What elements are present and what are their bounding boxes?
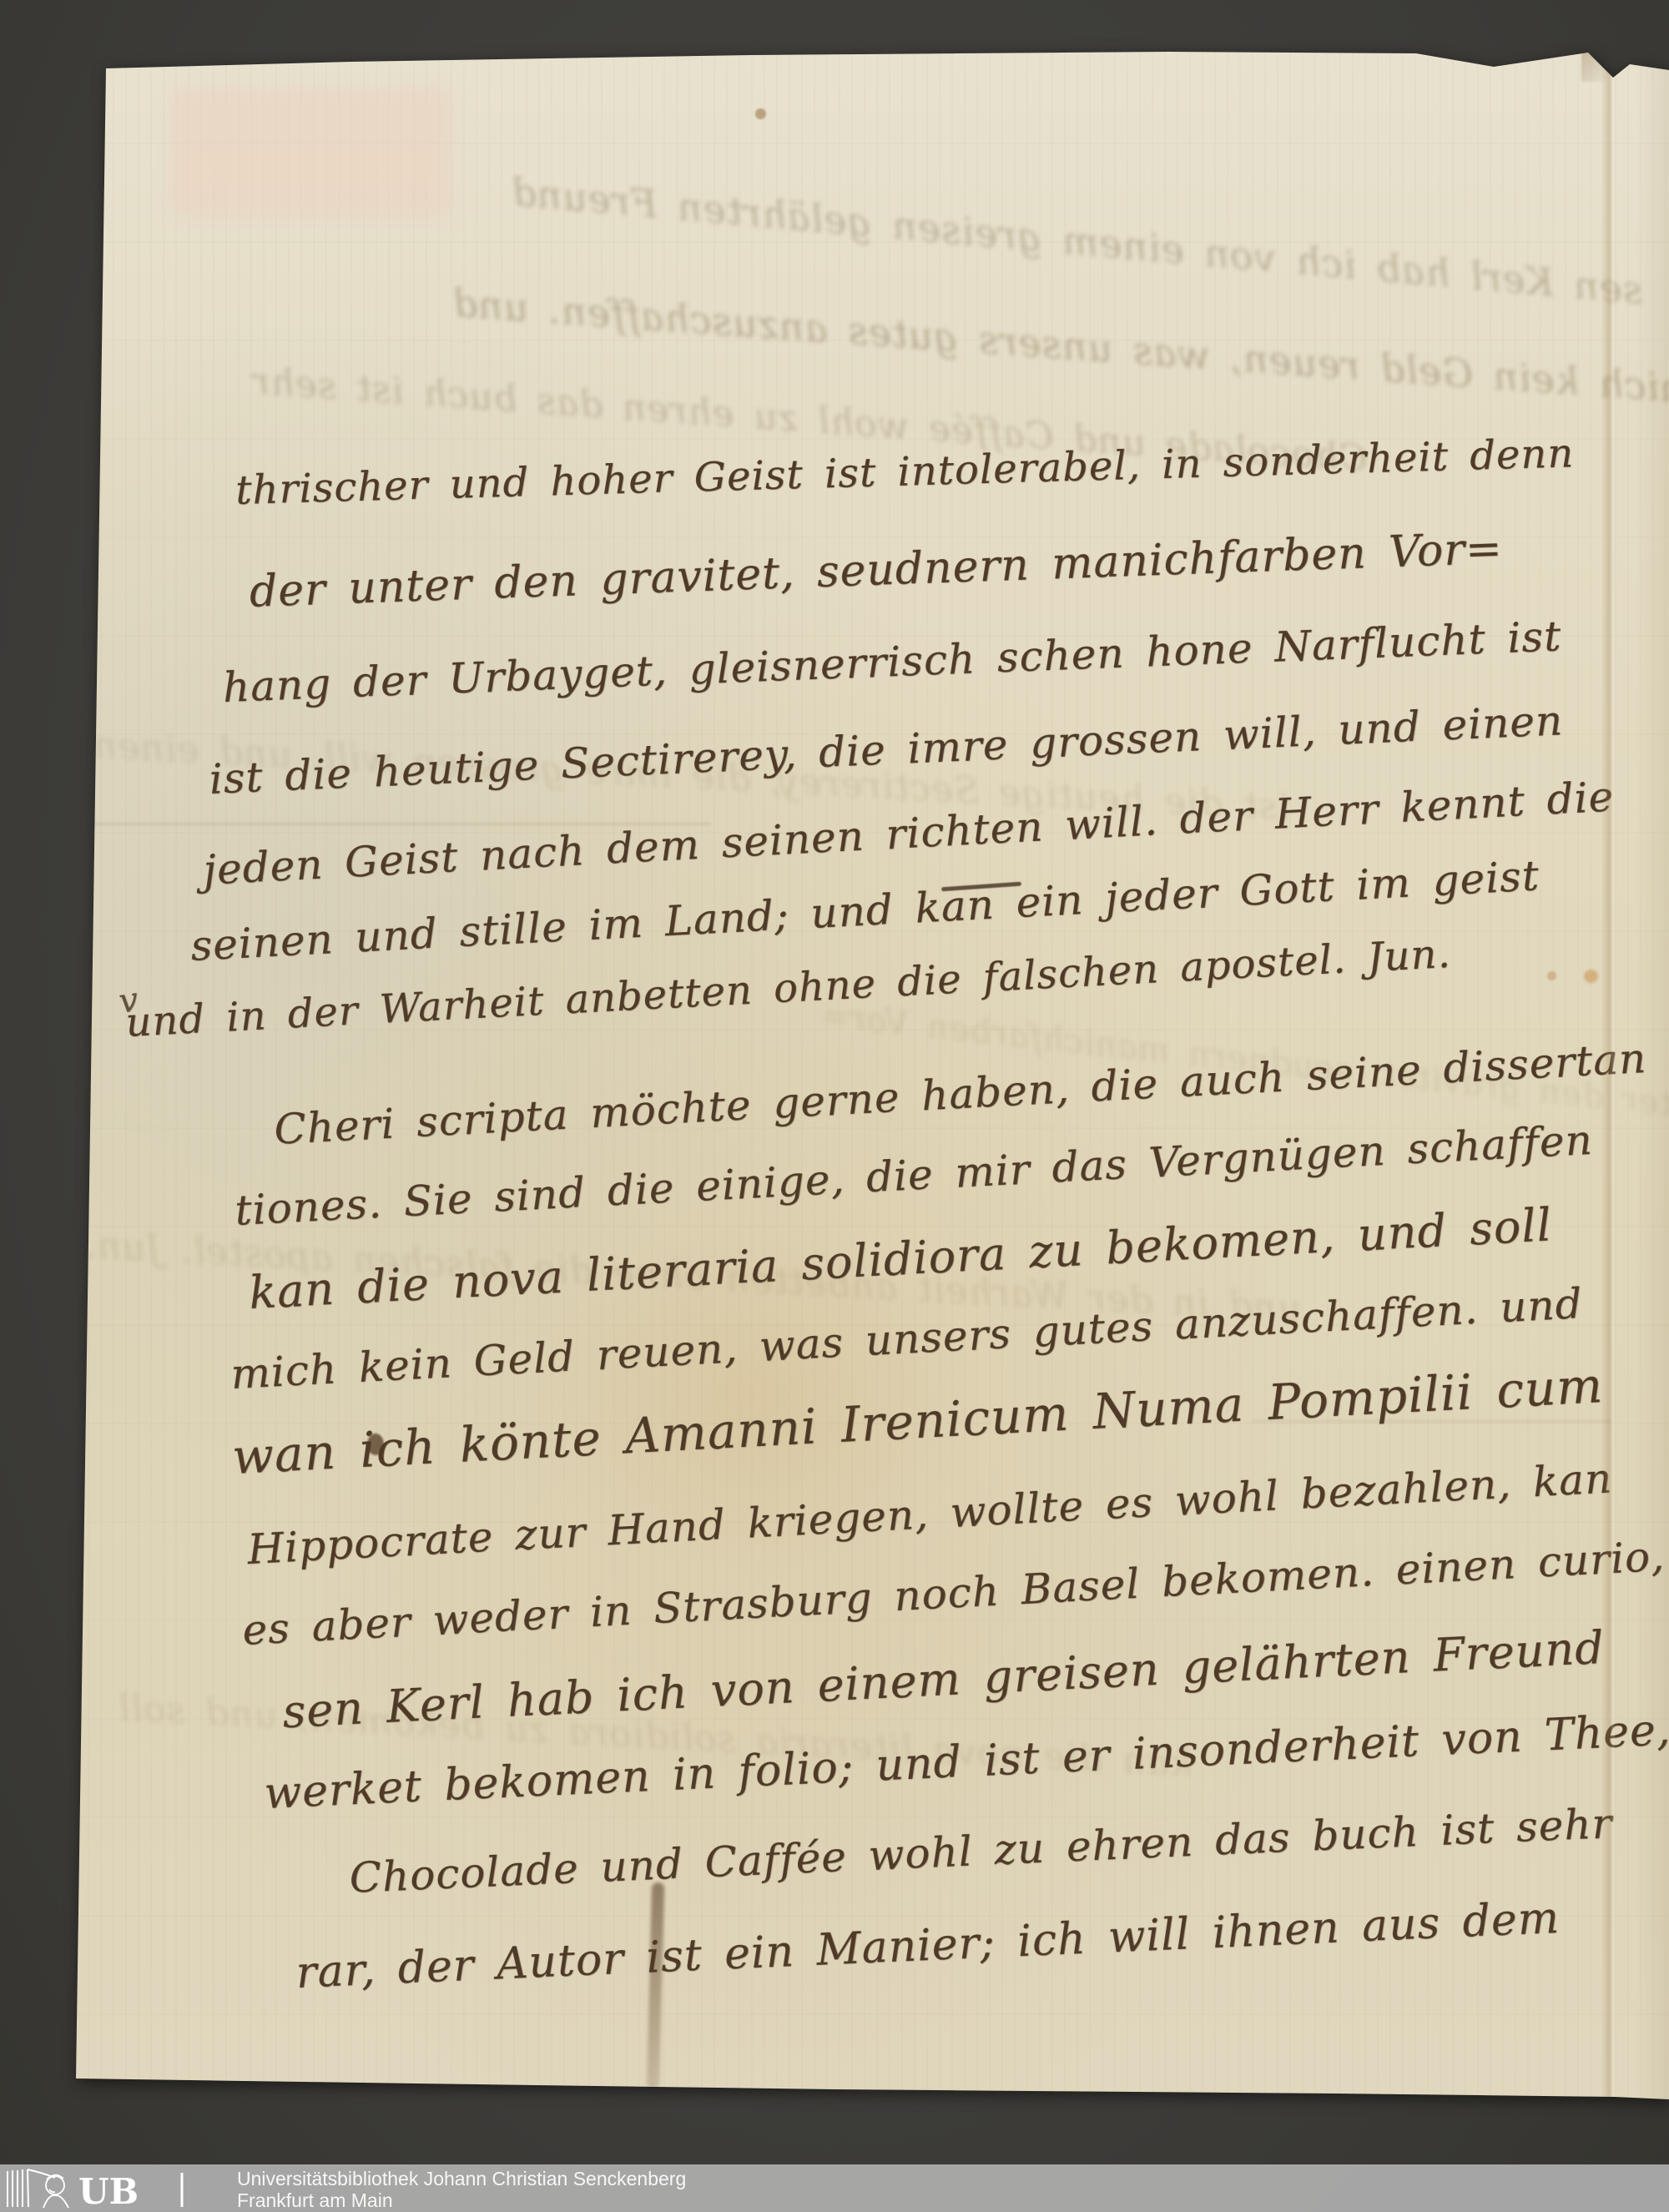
letter-line: hang der Urbayget, gleisnerrisch schen h…: [222, 612, 1562, 712]
letter-line: rar, der Autor ist ein Manier; ich will …: [295, 1893, 1561, 1998]
ink-smudge: [647, 1882, 664, 2089]
horizontal-crease: [77, 823, 711, 825]
horizontal-crease: [1252, 1420, 1611, 1423]
bleed-through-line: sen Kerl hab ich von einem greisen geläh…: [509, 169, 1645, 313]
logo-monogram: UB: [78, 2171, 139, 2209]
letter-line: Chocolade und Caffée wohl zu ehren das b…: [348, 1799, 1613, 1902]
library-name: Universitätsbibliothek Johann Christian …: [237, 2168, 686, 2189]
letter-line: der unter den gravitet, seudnern manichf…: [249, 524, 1504, 617]
foxing-spot: [1584, 970, 1598, 983]
letter-sheet: sen Kerl hab ich von einem greisen geläh…: [0, 0, 1669, 2212]
portrait-icon: [43, 2175, 68, 2208]
stray-ink-mark: v: [117, 980, 142, 1021]
library-logo: UB: [5, 2168, 199, 2209]
foxing-spot: [755, 108, 766, 119]
manuscript-scan-page: sen Kerl hab ich von einem greisen geläh…: [0, 0, 1669, 2212]
library-location: Frankfurt am Main: [237, 2189, 686, 2211]
foxing-spot: [1547, 971, 1556, 980]
vertical-fold-crease: [1602, 50, 1616, 2099]
book-pages-icon: [8, 2169, 55, 2207]
tape-discoloration: [171, 88, 451, 215]
library-watermark-band: UB Universitätsbibliothek Johann Christi…: [0, 2164, 1669, 2212]
letter-sheet-wrapper: sen Kerl hab ich von einem greisen geläh…: [0, 0, 1669, 2212]
corner-fold-shadow: [1581, 52, 1633, 82]
library-attribution: Universitätsbibliothek Johann Christian …: [237, 2168, 686, 2211]
